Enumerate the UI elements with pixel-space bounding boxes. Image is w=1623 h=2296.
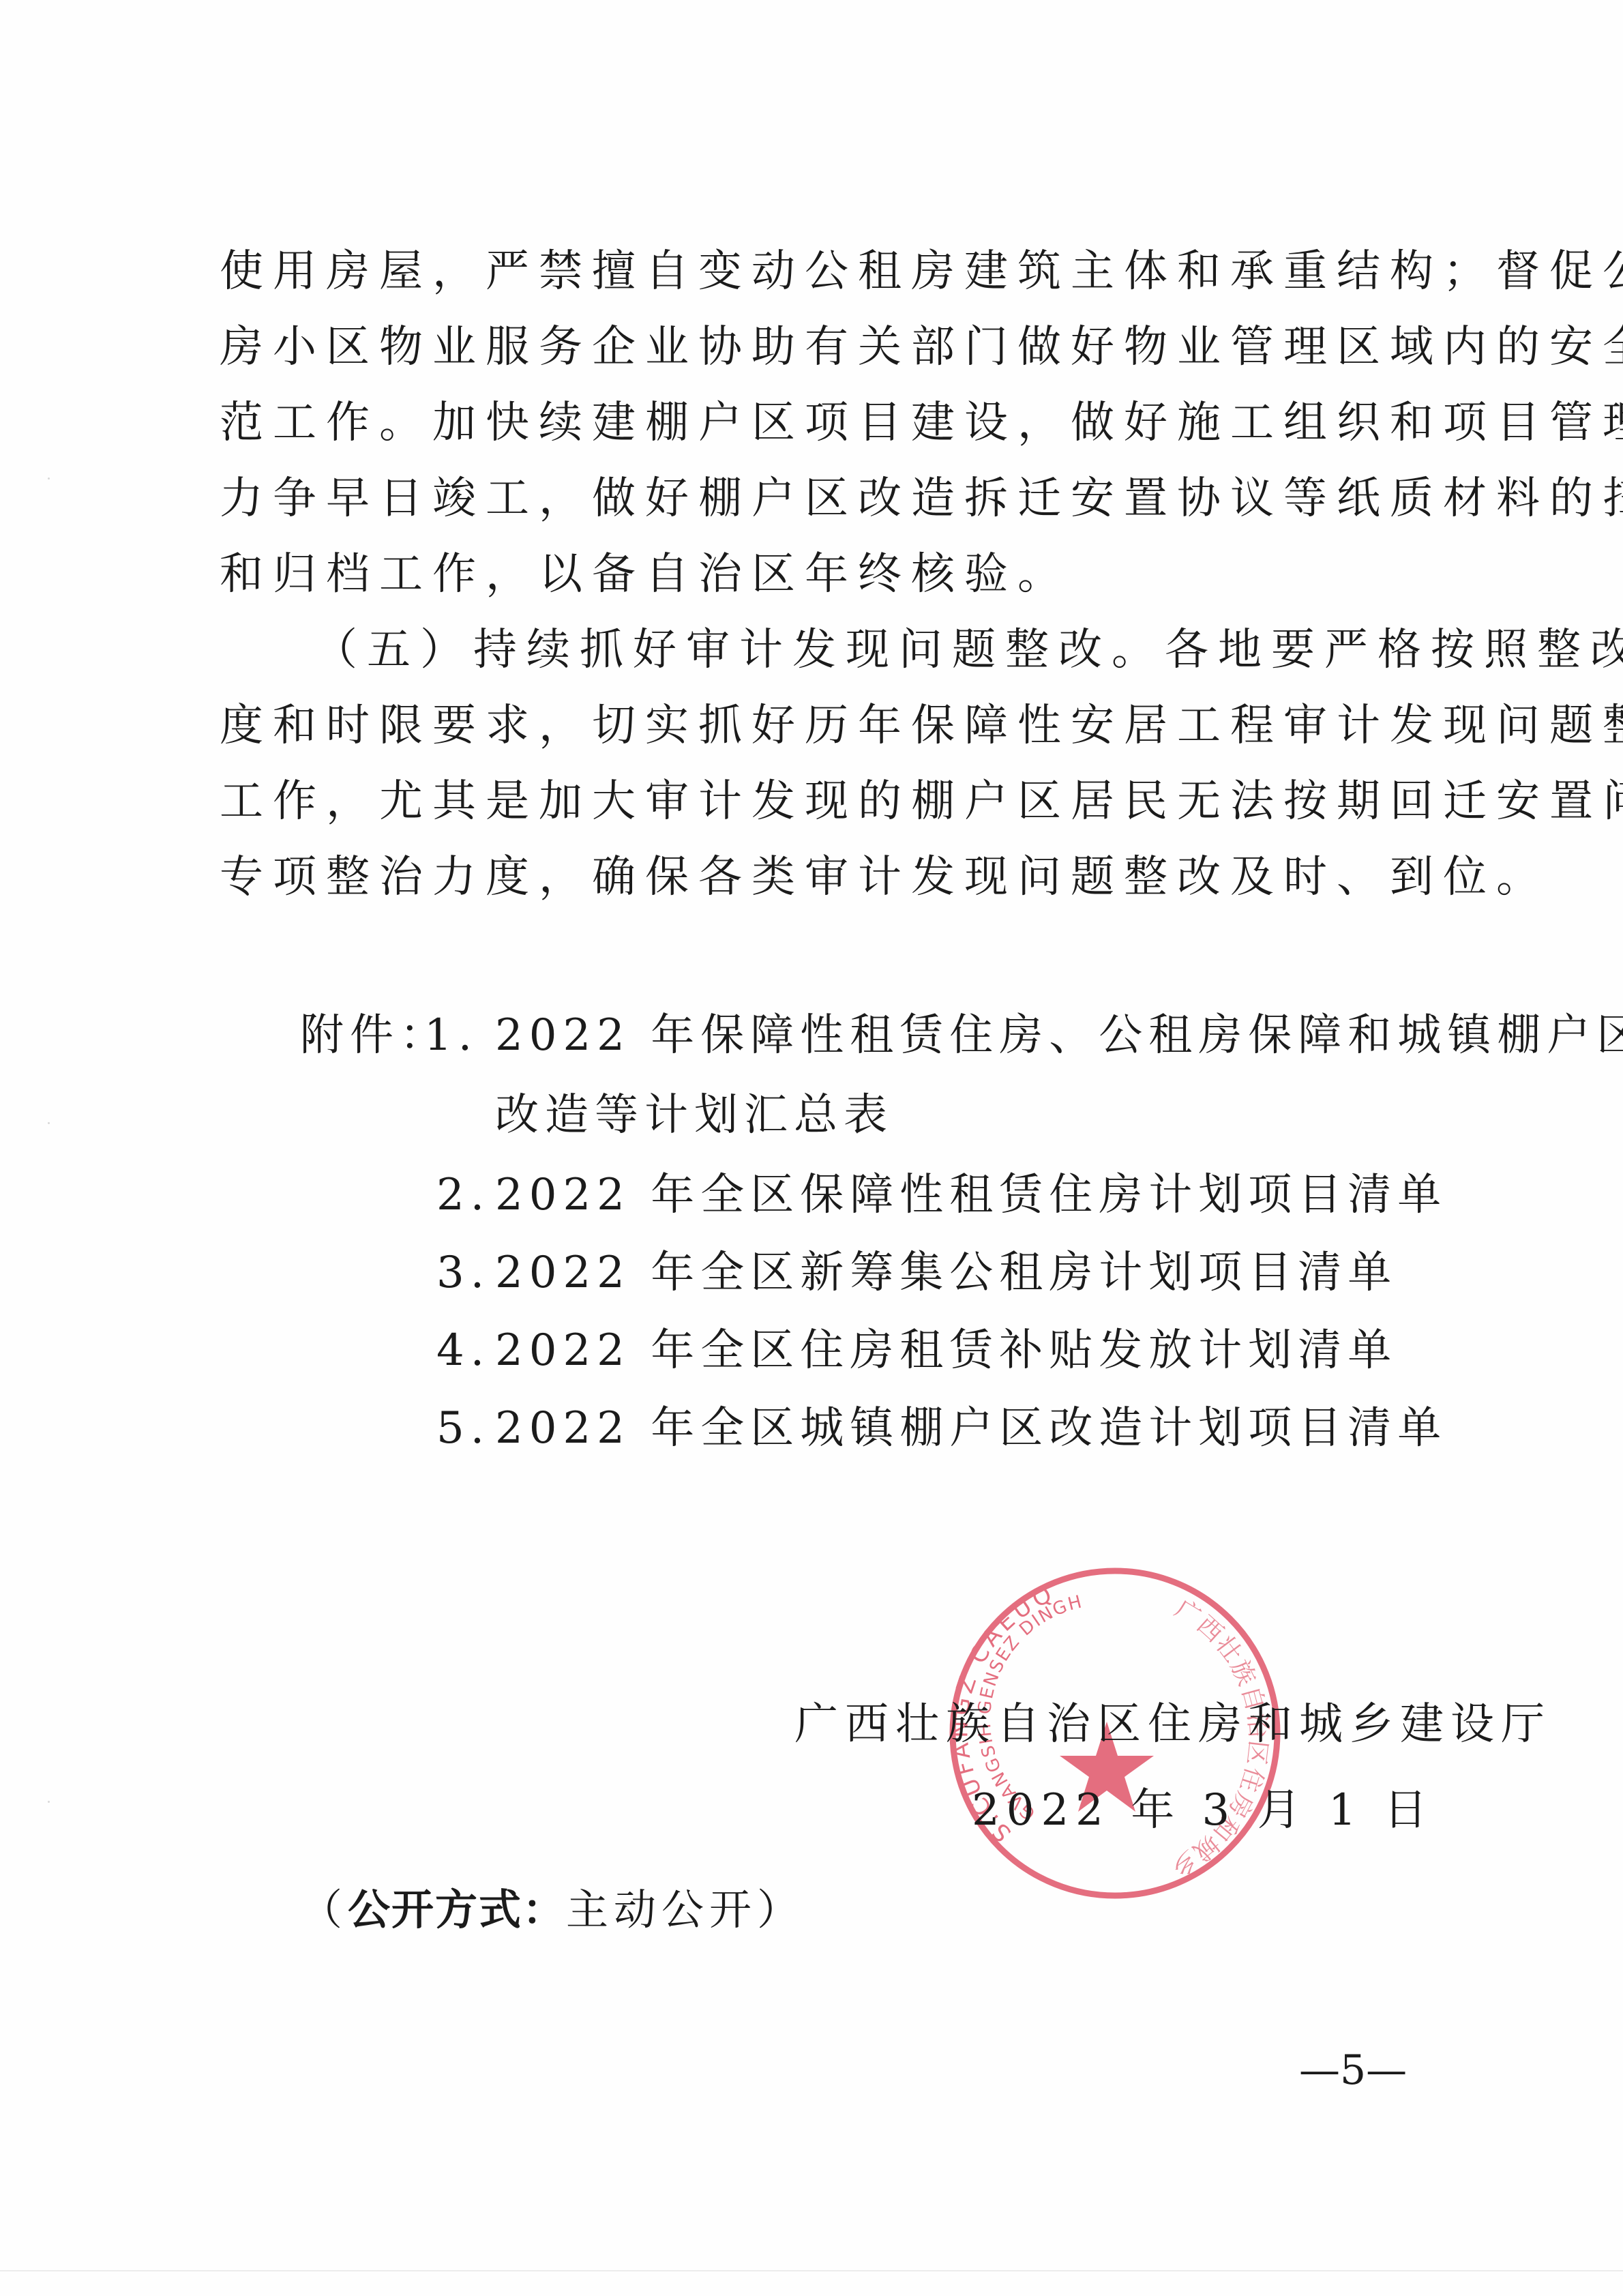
body-line-1: 使用房屋，严禁擅自变动公租房建筑主体和承重结构；督促公租 [220,244,1623,299]
body-line-3: 范工作。加快续建棚户区项目建设，做好施工组织和项目管理， [220,396,1623,450]
disclosure-label: 公开方式： [348,1885,566,1934]
page-number: —5— [1299,2043,1407,2098]
attachment-4-number: 4. [436,1323,490,1378]
attachment-3-number: 3. [436,1246,490,1300]
section-five-heading-line: （五）持续抓好审计发现问题整改。各地要严格按照整改进 [314,623,1623,677]
scan-mark [48,1122,50,1124]
attachment-4-text: 2022 年全区住房租赁补贴发放计划清单 [495,1323,1397,1378]
attachment-1-text: 2022 年保障性租赁住房、公租房保障和城镇棚户区 [495,1008,1623,1063]
disclosure-value: 主动公开 [566,1885,757,1934]
body-line-4: 力争早日竣工，做好棚户区改造拆迁安置协议等纸质材料的扫描 [220,471,1623,526]
attachment-3-text: 2022 年全区新筹集公租房计划项目清单 [495,1246,1397,1300]
disclosure-method: （公开方式：主动公开） [300,1883,805,1937]
body-line-7: 度和时限要求，切实抓好历年保障性安居工程审计发现问题整改 [220,698,1623,753]
attachment-5-number: 5. [436,1401,490,1456]
scan-mark [48,477,50,480]
disclosure-open-paren: （ [300,1885,348,1934]
issue-date: 2022 年 3 月 1 日 [972,1783,1434,1838]
scan-edge-line [0,2270,1623,2271]
issuer-signature: 广西壮族自治区住房和城乡建设厅 [794,1697,1551,1752]
attachment-2-number: 2. [436,1168,490,1222]
attachment-1-number: 1. [424,1008,478,1063]
scan-mark [48,1801,50,1803]
disclosure-close-paren: ） [757,1885,805,1934]
attachment-5-text: 2022 年全区城镇棚户区改造计划项目清单 [495,1401,1447,1456]
body-line-2: 房小区物业服务企业协助有关部门做好物业管理区域内的安全防 [220,320,1623,374]
attachment-1-continuation: 改造等计划汇总表 [495,1088,893,1143]
body-line-5: 和归档工作，以备自治区年终核验。 [220,547,1071,602]
document-page: 使用房屋，严禁擅自变动公租房建筑主体和承重结构；督促公租 房小区物业服务企业协助… [0,0,1623,2296]
attachment-2-text: 2022 年全区保障性租赁住房计划项目清单 [495,1168,1447,1222]
body-line-9: 专项整治力度，确保各类审计发现问题整改及时、到位。 [220,850,1549,904]
body-line-8: 工作，尤其是加大审计发现的棚户区居民无法按期回迁安置问题 [220,774,1623,829]
